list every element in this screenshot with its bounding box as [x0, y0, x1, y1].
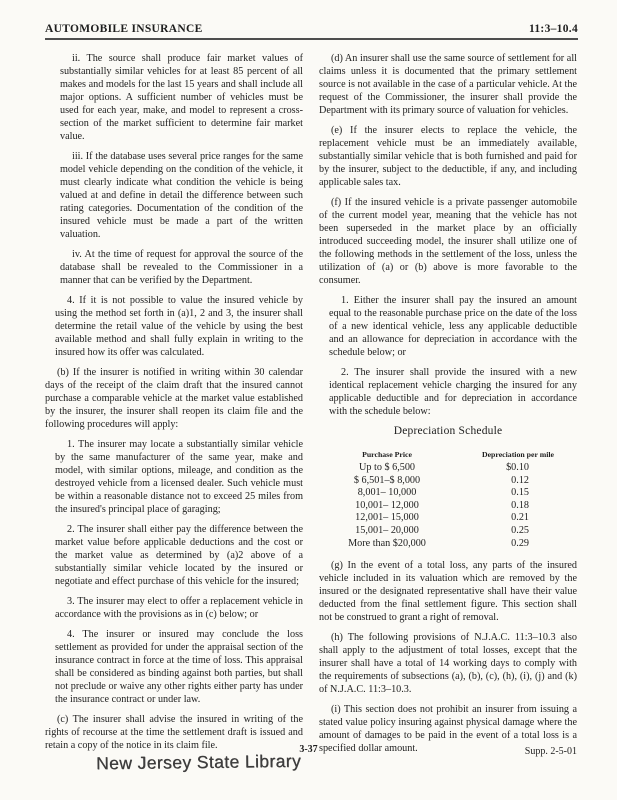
price-range-cell: 10,001– 12,000 [331, 500, 471, 513]
para-iii: iii. If the database uses several price … [60, 150, 303, 241]
depreciation-schedule-title: Depreciation Schedule [319, 425, 577, 438]
para-d: (d) An insurer shall use the same source… [319, 52, 577, 117]
price-range-cell: $ 6,501–$ 8,000 [331, 475, 471, 488]
rate-cell: 0.25 [471, 525, 565, 538]
rate-cell: 0.29 [471, 538, 565, 551]
price-range-cell: 15,001– 20,000 [331, 525, 471, 538]
rate-cell: 0.18 [471, 500, 565, 513]
left-column: ii. The source shall produce fair market… [45, 52, 303, 762]
depreciation-schedule: Depreciation Schedule Purchase Price Dep… [319, 425, 577, 550]
para-e: (e) If the insurer elects to replace the… [319, 124, 577, 189]
table-row: 8,001– 10,000 0.15 [331, 487, 565, 500]
para-b1: 1. The insurer may locate a substantiall… [55, 438, 303, 516]
para-b2: 2. The insurer shall either pay the diff… [55, 523, 303, 588]
para-iv: iv. At the time of request for approval … [60, 248, 303, 287]
text-columns: ii. The source shall produce fair market… [45, 52, 578, 762]
right-column: (d) An insurer shall use the same source… [319, 52, 577, 762]
para-4: 4. If it is not possible to value the in… [55, 294, 303, 359]
table-header-row: Purchase Price Depreciation per mile [331, 448, 565, 462]
table-row: 15,001– 20,000 0.25 [331, 525, 565, 538]
rate-cell: 0.15 [471, 487, 565, 500]
para-h: (h) The following provisions of N.J.A.C.… [319, 631, 577, 696]
rate-cell: 0.21 [471, 512, 565, 525]
para-b4: 4. The insurer or insured may conclude t… [55, 628, 303, 706]
document-page: AUTOMOBILE INSURANCE 11:3–10.4 ii. The s… [0, 0, 617, 800]
para-b: (b) If the insurer is notified in writin… [45, 366, 303, 431]
table-row: Up to $ 6,500 $0.10 [331, 462, 565, 475]
rate-cell: $0.10 [471, 462, 565, 475]
para-f2: 2. The insurer shall provide the insured… [329, 366, 577, 418]
price-range-cell: More than $20,000 [331, 538, 471, 551]
para-f: (f) If the insured vehicle is a private … [319, 196, 577, 287]
para-g: (g) In the event of a total loss, any pa… [319, 559, 577, 624]
para-f1: 1. Either the insurer shall pay the insu… [329, 294, 577, 359]
price-range-cell: 12,001– 15,000 [331, 512, 471, 525]
para-b3: 3. The insurer may elect to offer a repl… [55, 595, 303, 621]
depreciation-schedule-table: Purchase Price Depreciation per mile Up … [331, 448, 565, 550]
para-ii: ii. The source shall produce fair market… [60, 52, 303, 143]
rate-cell: 0.12 [471, 475, 565, 488]
column-header-depreciation-per-mile: Depreciation per mile [471, 448, 565, 462]
library-stamp: New Jersey State Library [96, 751, 301, 775]
header-title: AUTOMOBILE INSURANCE [45, 23, 203, 35]
page-header: AUTOMOBILE INSURANCE 11:3–10.4 [45, 23, 578, 40]
price-range-cell: Up to $ 6,500 [331, 462, 471, 475]
header-section-number: 11:3–10.4 [529, 23, 578, 35]
table-row: 10,001– 12,000 0.18 [331, 500, 565, 513]
supplement-date: Supp. 2-5-01 [525, 746, 577, 757]
table-row: $ 6,501–$ 8,000 0.12 [331, 475, 565, 488]
price-range-cell: 8,001– 10,000 [331, 487, 471, 500]
table-row: 12,001– 15,000 0.21 [331, 512, 565, 525]
column-header-purchase-price: Purchase Price [331, 448, 471, 462]
table-row: More than $20,000 0.29 [331, 538, 565, 551]
